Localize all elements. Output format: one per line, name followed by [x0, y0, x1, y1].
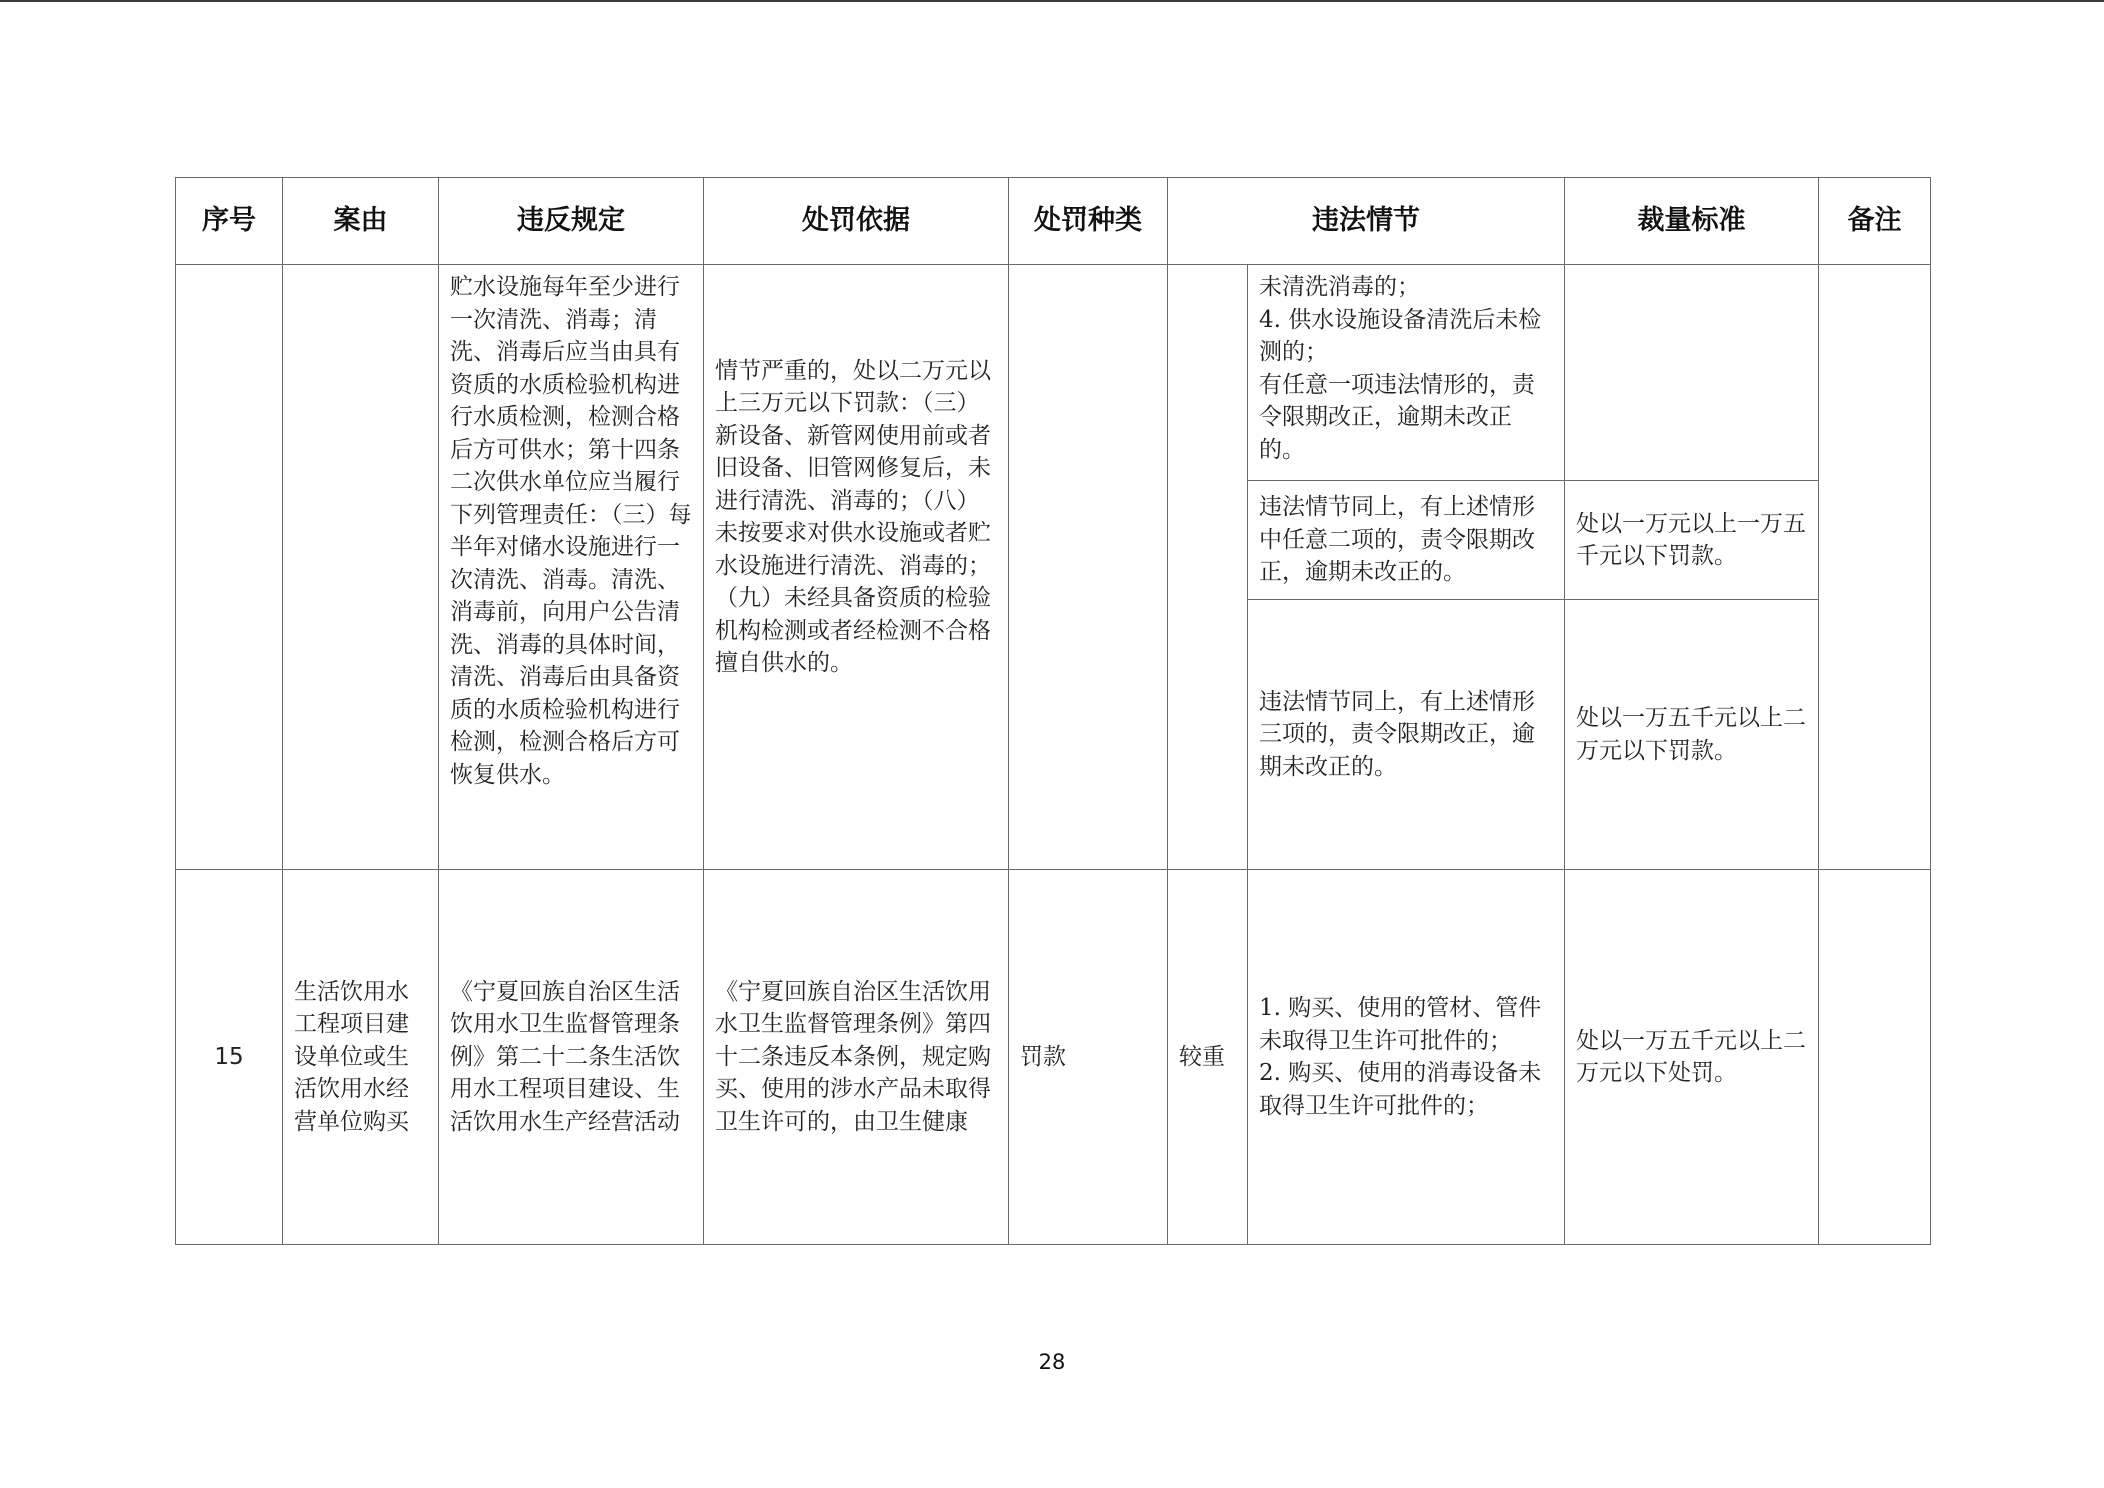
cell-penalty-type [1009, 265, 1168, 870]
cell-remarks [1819, 870, 1931, 1245]
cell-penalty-type: 罚款 [1009, 870, 1168, 1245]
circumstance-line: 有任意一项违法情形的，责令限期改正，逾期未改正的。 [1259, 369, 1553, 467]
cell-discretion-standard: 处以一万元以上一万五千元以下罚款。 [1565, 481, 1819, 600]
header-circumstances: 违法情节 [1168, 178, 1565, 265]
cell-cause [283, 265, 439, 870]
cell-seq [176, 265, 283, 870]
cell-violated-provision: 《宁夏回族自治区生活饮用水卫生监督管理条例》第二十二条生活饮用水工程项目建设、生… [439, 870, 704, 1245]
circumstance-line: 未清洗消毒的； [1259, 271, 1553, 304]
cell-circumstance: 违法情节同上，有上述情形三项的，责令限期改正，逾期未改正的。 [1248, 600, 1565, 870]
header-remarks: 备注 [1819, 178, 1931, 265]
cell-penalty-basis: 《宁夏回族自治区生活饮用水卫生监督管理条例》第四十二条违反本条例，规定购买、使用… [704, 870, 1009, 1245]
penalty-discretion-table: 序号 案由 违反规定 处罚依据 处罚种类 违法情节 裁量标准 备注 贮水设施每年… [175, 177, 1931, 1245]
circumstance-line: 1. 购买、使用的管材、管件未取得卫生许可批件的； [1259, 992, 1553, 1057]
cell-penalty-basis: 情节严重的，处以二万元以上三万元以下罚款：（三）新设备、新管网使用前或者旧设备、… [704, 265, 1009, 870]
cell-circumstance: 违法情节同上，有上述情形中任意二项的，责令限期改正，逾期未改正的。 [1248, 481, 1565, 600]
document-page: 序号 案由 违反规定 处罚依据 处罚种类 违法情节 裁量标准 备注 贮水设施每年… [0, 0, 2104, 1488]
circumstance-line: 4. 供水设施设备清洗后未检测的； [1259, 304, 1553, 369]
table-row: 贮水设施每年至少进行一次清洗、消毒；清洗、消毒后应当由具有资质的水质检验机构进行… [176, 265, 1931, 481]
table-row: 15 生活饮用水工程项目建设单位或生活饮用水经营单位购买 《宁夏回族自治区生活饮… [176, 870, 1931, 1245]
cell-circumstance: 1. 购买、使用的管材、管件未取得卫生许可批件的； 2. 购买、使用的消毒设备未… [1248, 870, 1565, 1245]
cell-severity-level: 较重 [1168, 870, 1248, 1245]
header-discretion-standard: 裁量标准 [1565, 178, 1819, 265]
header-penalty-type: 处罚种类 [1009, 178, 1168, 265]
cell-violated-provision: 贮水设施每年至少进行一次清洗、消毒；清洗、消毒后应当由具有资质的水质检验机构进行… [439, 265, 704, 870]
cell-discretion-standard: 处以一万五千元以上二万元以下处罚。 [1565, 870, 1819, 1245]
cell-remarks [1819, 265, 1931, 870]
header-violated-provision: 违反规定 [439, 178, 704, 265]
circumstance-line: 2. 购买、使用的消毒设备未取得卫生许可批件的； [1259, 1057, 1553, 1122]
cell-severity-level [1168, 265, 1248, 870]
header-seq: 序号 [176, 178, 283, 265]
table-header-row: 序号 案由 违反规定 处罚依据 处罚种类 违法情节 裁量标准 备注 [176, 178, 1931, 265]
header-penalty-basis: 处罚依据 [704, 178, 1009, 265]
cell-cause: 生活饮用水工程项目建设单位或生活饮用水经营单位购买 [283, 870, 439, 1245]
cell-seq: 15 [176, 870, 283, 1245]
page-number: 28 [0, 1350, 2104, 1374]
cell-circumstance: 未清洗消毒的； 4. 供水设施设备清洗后未检测的； 有任意一项违法情形的，责令限… [1248, 265, 1565, 481]
cell-discretion-standard: 处以一万五千元以上二万元以下罚款。 [1565, 600, 1819, 870]
header-cause: 案由 [283, 178, 439, 265]
cell-discretion-standard [1565, 265, 1819, 481]
